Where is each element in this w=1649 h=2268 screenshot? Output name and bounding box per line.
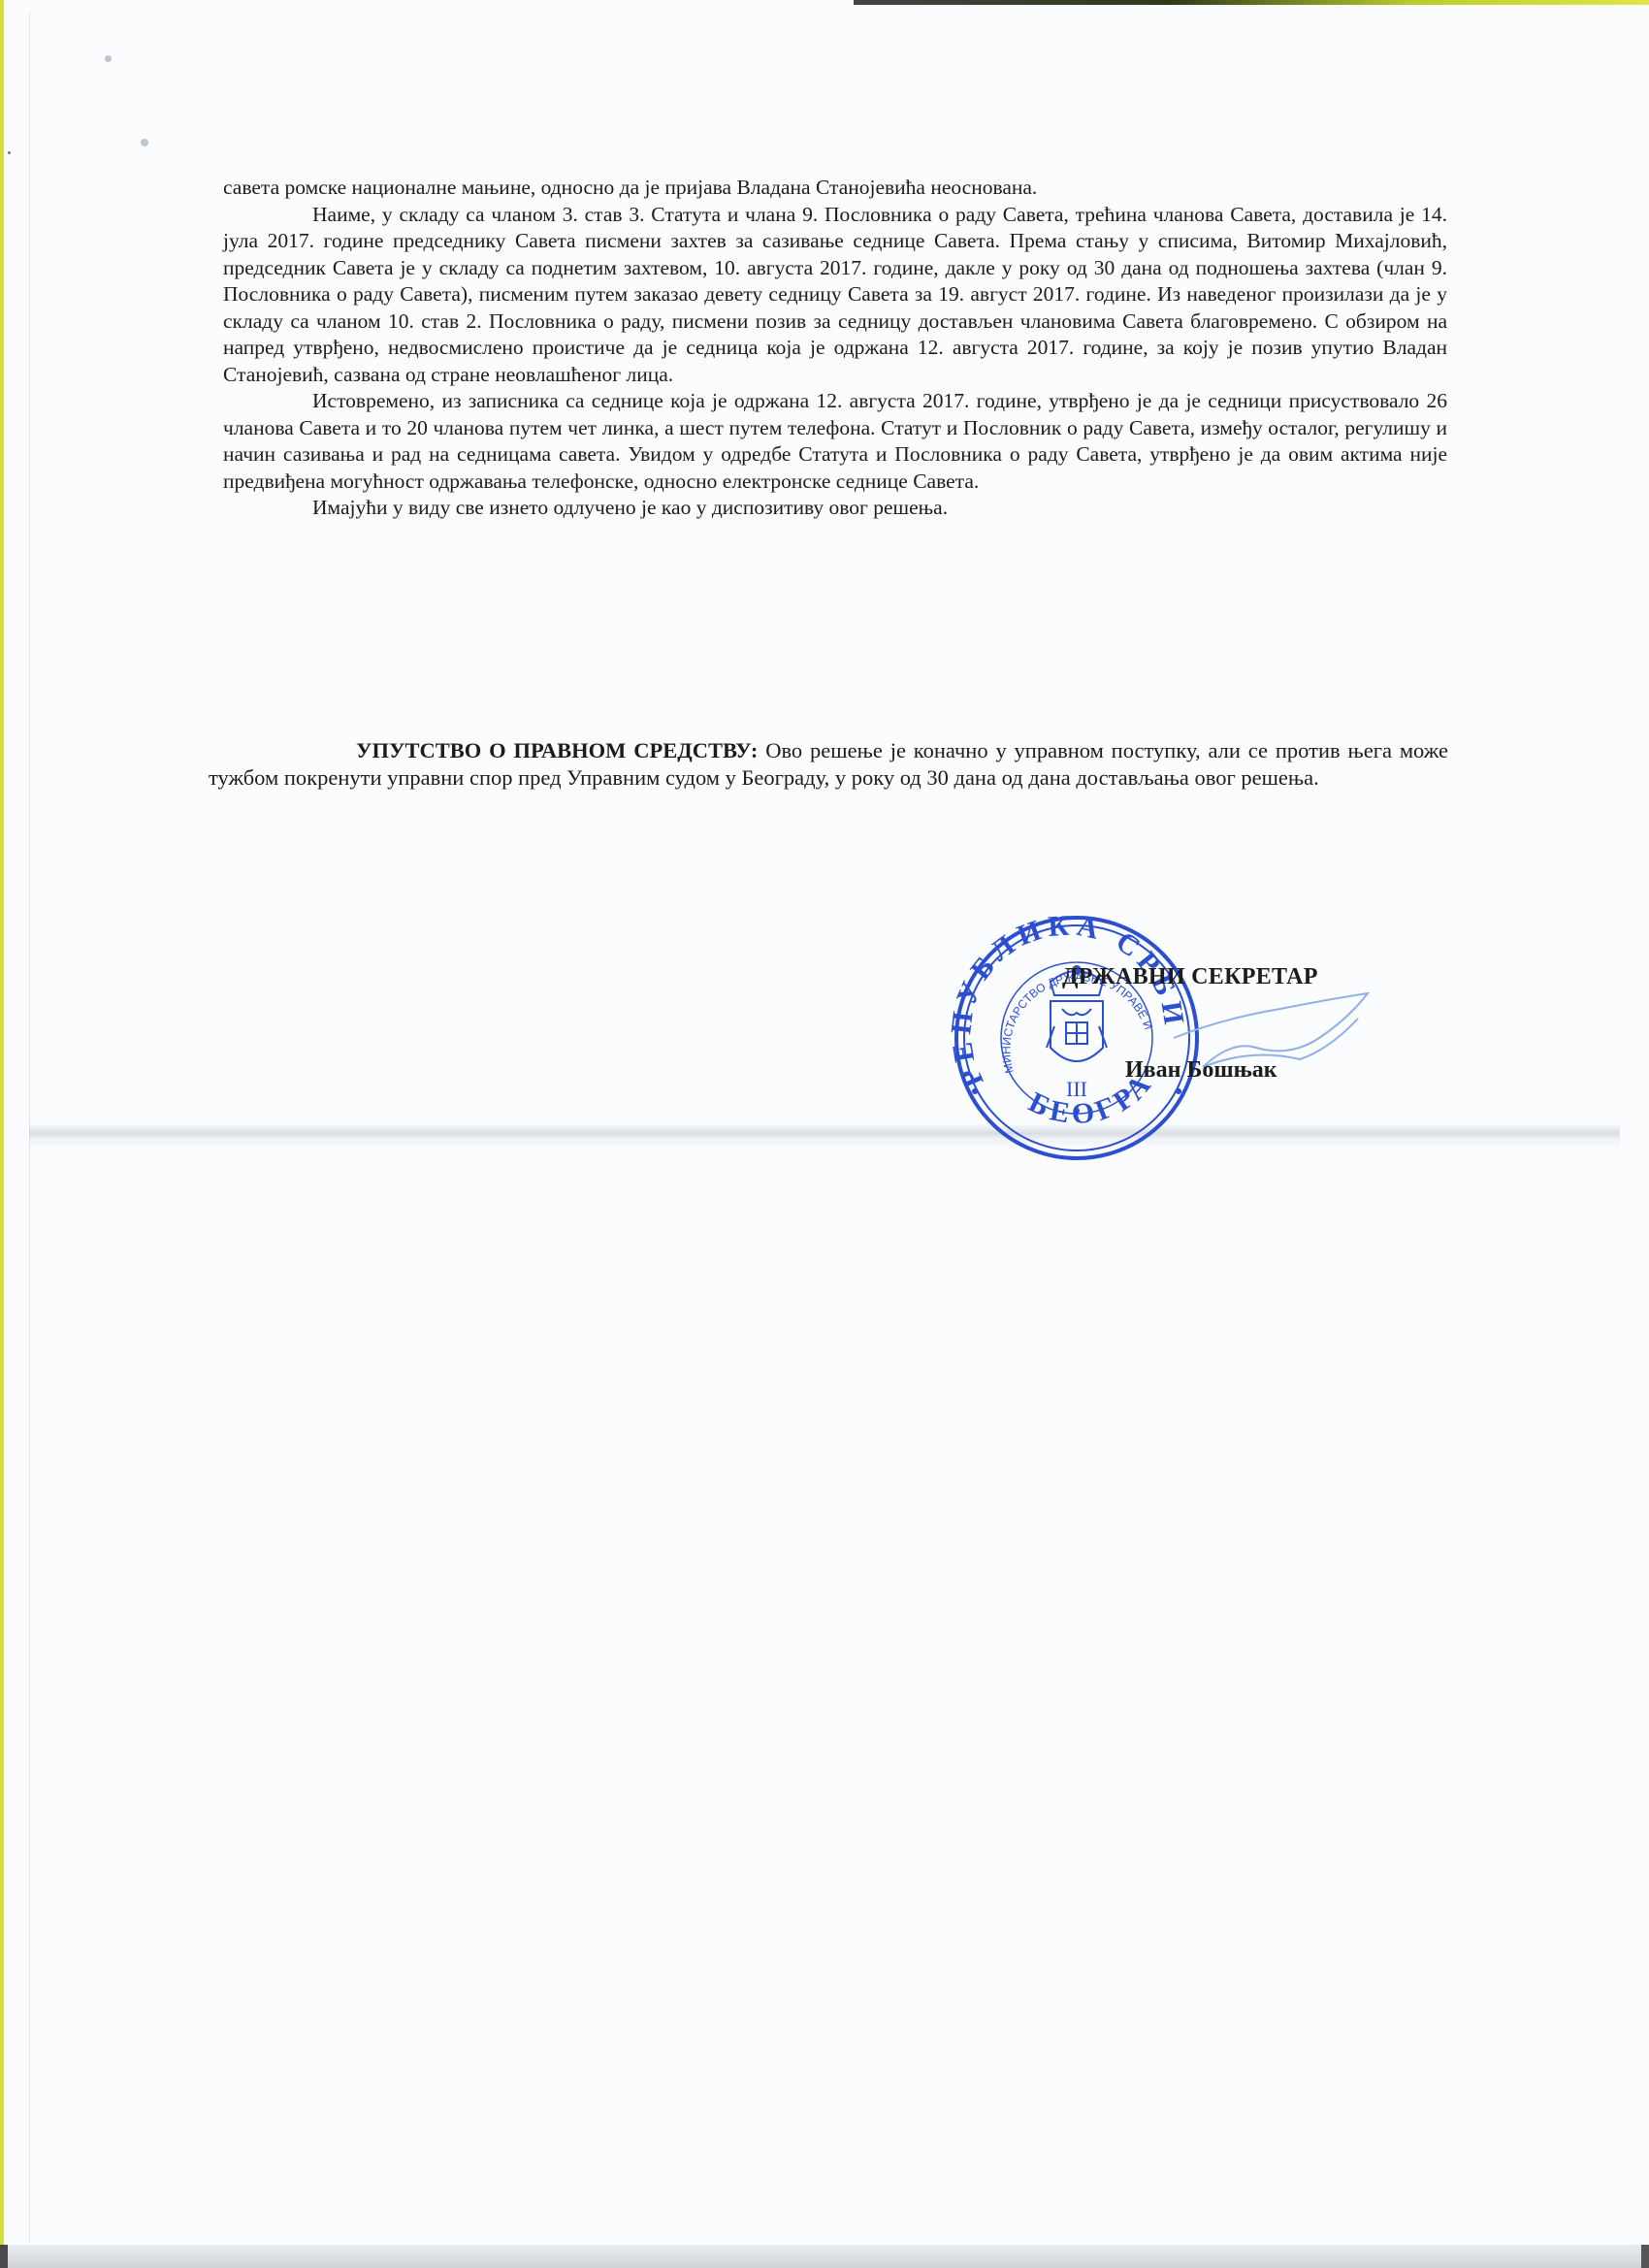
stamp-star-icon — [1074, 1108, 1080, 1114]
paragraph-1: савета ромске националне мањине, односно… — [223, 175, 1447, 202]
scan-edge-top — [854, 0, 1649, 5]
stamp-dot-icon — [1176, 1088, 1181, 1094]
punch-hole-mark — [105, 55, 112, 62]
legal-remedy-section: УПУТСТВО О ПРАВНОМ СРЕДСТВУ: Ово решење … — [209, 737, 1448, 792]
signatory-title: ДРЖАВНИ СЕКРЕТАР — [1062, 964, 1318, 990]
paper-fold-crease — [29, 1123, 1620, 1149]
legal-remedy-heading: УПУТСТВО О ПРАВНОМ СРЕДСТВУ: — [356, 738, 758, 762]
signatory-name: Иван Бошњак — [1125, 1057, 1277, 1084]
scan-edge-bottom — [8, 2245, 1649, 2268]
paragraph-3: Истовремено, из записника са седнице кој… — [223, 388, 1447, 495]
document-body: савета ромске националне мањине, односно… — [223, 175, 1447, 522]
scan-dot — [8, 151, 11, 154]
punch-hole-mark — [141, 139, 148, 146]
stamp-number: III — [1066, 1077, 1087, 1101]
scan-corner-left — [0, 2245, 8, 2268]
scan-corner-right — [1641, 2245, 1649, 2268]
stamp-dot-icon — [972, 1088, 978, 1094]
paragraph-4: Имајући у виду све изнето одлучено је ка… — [223, 495, 1447, 522]
paragraph-2: Наиме, у складу са чланом 3. став 3. Ста… — [223, 202, 1447, 389]
scan-edge-left — [0, 0, 4, 2268]
